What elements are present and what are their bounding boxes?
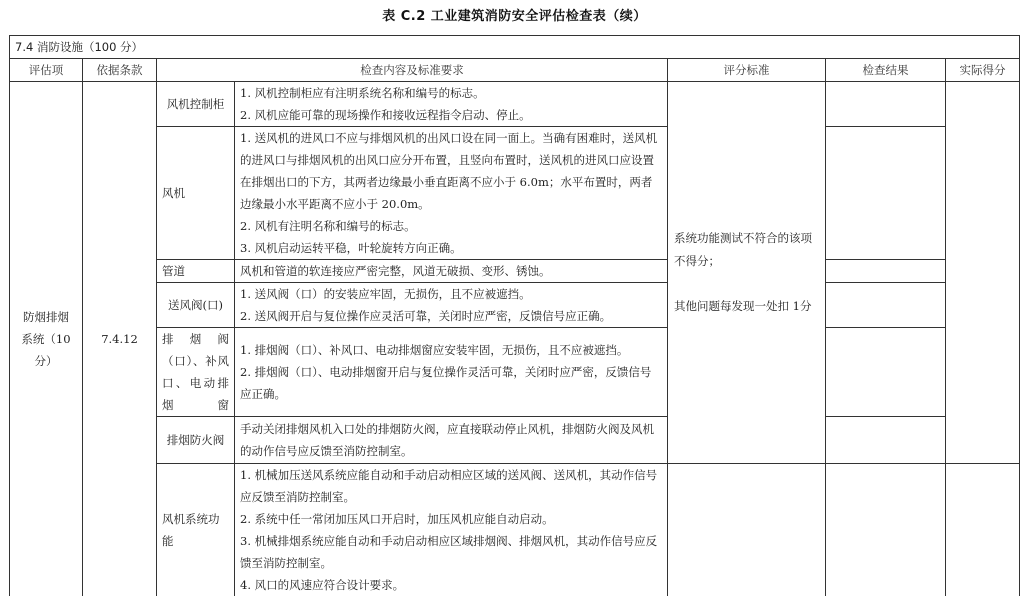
scoring-line: 系统功能测试不符合的该项不得分； <box>674 227 819 273</box>
content-line: 3. 风机启动运转平稳，叶轮旋转方向正确。 <box>240 237 662 259</box>
content-line: 2. 风机应能可靠的现场操作和接收远程指令启动、停止。 <box>240 104 662 126</box>
content-line: 1. 送风阀（口）的安装应牢固，无损伤，且不应被遮挡。 <box>240 283 662 305</box>
content-line: 手动关闭排烟风机入口处的排烟防火阀，应直接联动停止风机，排烟防火阀及风机的动作信… <box>240 418 662 462</box>
content-cell: 手动关闭排烟风机入口处的排烟防火阀，应直接联动停止风机，排烟防火阀及风机的动作信… <box>235 417 668 464</box>
content-line: 2. 风机有注明名称和编号的标志。 <box>240 215 662 237</box>
table-row: 风机系统功能 1. 机械加压送风系统应能自动和手动启动相应区域的送风阀、送风机，… <box>10 464 1020 596</box>
document-title: 表 C.2 工业建筑消防安全评估检查表（续） <box>0 5 1029 24</box>
actual-score-cell[interactable] <box>946 464 1020 596</box>
scoring-cell: 系统功能测试不符合的该项不得分； 其他问题每发现一处扣 1分 <box>668 82 826 464</box>
section-title: 7.4 消防设施（100 分） <box>10 36 1020 59</box>
scoring-cell <box>668 464 826 596</box>
result-cell[interactable] <box>826 127 946 260</box>
content-line: 4. 风口的风速应符合设计要求。 <box>240 574 662 596</box>
result-cell[interactable] <box>826 464 946 596</box>
actual-score-cell[interactable] <box>946 82 1020 464</box>
content-line: 1. 排烟阀（口）、补风口、电动排烟窗应安装牢固，无损伤，且不应被遮挡。 <box>240 339 662 361</box>
table-row: 排烟防火阀 手动关闭排烟风机入口处的排烟防火阀，应直接联动停止风机，排烟防火阀及… <box>10 417 1020 464</box>
evaluation-table: 7.4 消防设施（100 分） 评估项 依据条款 检查内容及标准要求 评分标准 … <box>9 35 1020 596</box>
content-line: 3. 机械排烟系统应能自动和手动启动相应区域排烟阀、排烟风机，其动作信号应反馈至… <box>240 530 662 574</box>
item-name: 风机控制柜 <box>157 82 235 127</box>
content-line: 2. 系统中任一常闭加压风口开启时，加压风机应能自动启动。 <box>240 508 662 530</box>
header-basis: 依据条款 <box>83 59 157 82</box>
header-content: 检查内容及标准要求 <box>157 59 668 82</box>
item-name: 风机系统功能 <box>157 464 235 596</box>
item-name: 风机 <box>157 127 235 260</box>
table-row: 排烟阀（口）、补风口、电动排烟窗 1. 排烟阀（口）、补风口、电动排烟窗应安装牢… <box>10 328 1020 417</box>
table-row: 管道 风机和管道的软连接应严密完整，风道无破损、变形、锈蚀。 <box>10 260 1020 283</box>
header-eval-item: 评估项 <box>10 59 83 82</box>
result-cell[interactable] <box>826 82 946 127</box>
content-line: 2. 排烟阀（口）、电动排烟窗开启与复位操作灵活可靠，关闭时应严密，反馈信号应正… <box>240 361 662 405</box>
header-result: 检查结果 <box>826 59 946 82</box>
content-cell: 1. 送风阀（口）的安装应牢固，无损伤，且不应被遮挡。 2. 送风阀开启与复位操… <box>235 283 668 328</box>
content-cell: 1. 排烟阀（口）、补风口、电动排烟窗应安装牢固，无损伤，且不应被遮挡。 2. … <box>235 328 668 417</box>
item-name: 送风阀(口) <box>157 283 235 328</box>
table-row: 风机 1. 送风机的进风口不应与排烟风机的出风口设在同一面上。当确有困难时，送风… <box>10 127 1020 260</box>
item-name: 排烟防火阀 <box>157 417 235 464</box>
header-scoring: 评分标准 <box>668 59 826 82</box>
content-line: 1. 送风机的进风口不应与排烟风机的出风口设在同一面上。当确有困难时，送风机的进… <box>240 127 662 215</box>
content-line: 1. 机械加压送风系统应能自动和手动启动相应区域的送风阀、送风机，其动作信号应反… <box>240 464 662 508</box>
item-name: 排烟阀（口）、补风口、电动排烟窗 <box>157 328 235 417</box>
content-cell: 1. 机械加压送风系统应能自动和手动启动相应区域的送风阀、送风机，其动作信号应反… <box>235 464 668 596</box>
content-cell: 1. 送风机的进风口不应与排烟风机的出风口设在同一面上。当确有困难时，送风机的进… <box>235 127 668 260</box>
scoring-line: 其他问题每发现一处扣 1分 <box>674 295 819 318</box>
result-cell[interactable] <box>826 283 946 328</box>
table-row: 防烟排烟系统（10分） 7.4.12 风机控制柜 1. 风机控制柜应有注明系统名… <box>10 82 1020 127</box>
header-actual-score: 实际得分 <box>946 59 1020 82</box>
content-line: 2. 送风阀开启与复位操作应灵活可靠，关闭时应严密，反馈信号应正确。 <box>240 305 662 327</box>
result-cell[interactable] <box>826 260 946 283</box>
result-cell[interactable] <box>826 328 946 417</box>
basis-cell: 7.4.12 <box>83 82 157 596</box>
item-name: 管道 <box>157 260 235 283</box>
content-line: 风机和管道的软连接应严密完整，风道无破损、变形、锈蚀。 <box>240 260 662 282</box>
content-cell: 1. 风机控制柜应有注明系统名称和编号的标志。 2. 风机应能可靠的现场操作和接… <box>235 82 668 127</box>
section-row: 7.4 消防设施（100 分） <box>10 36 1020 59</box>
eval-item-cell: 防烟排烟系统（10分） <box>10 82 83 596</box>
header-row: 评估项 依据条款 检查内容及标准要求 评分标准 检查结果 实际得分 <box>10 59 1020 82</box>
content-cell: 风机和管道的软连接应严密完整，风道无破损、变形、锈蚀。 <box>235 260 668 283</box>
content-line: 1. 风机控制柜应有注明系统名称和编号的标志。 <box>240 82 662 104</box>
table-row: 送风阀(口) 1. 送风阀（口）的安装应牢固，无损伤，且不应被遮挡。 2. 送风… <box>10 283 1020 328</box>
result-cell[interactable] <box>826 417 946 464</box>
